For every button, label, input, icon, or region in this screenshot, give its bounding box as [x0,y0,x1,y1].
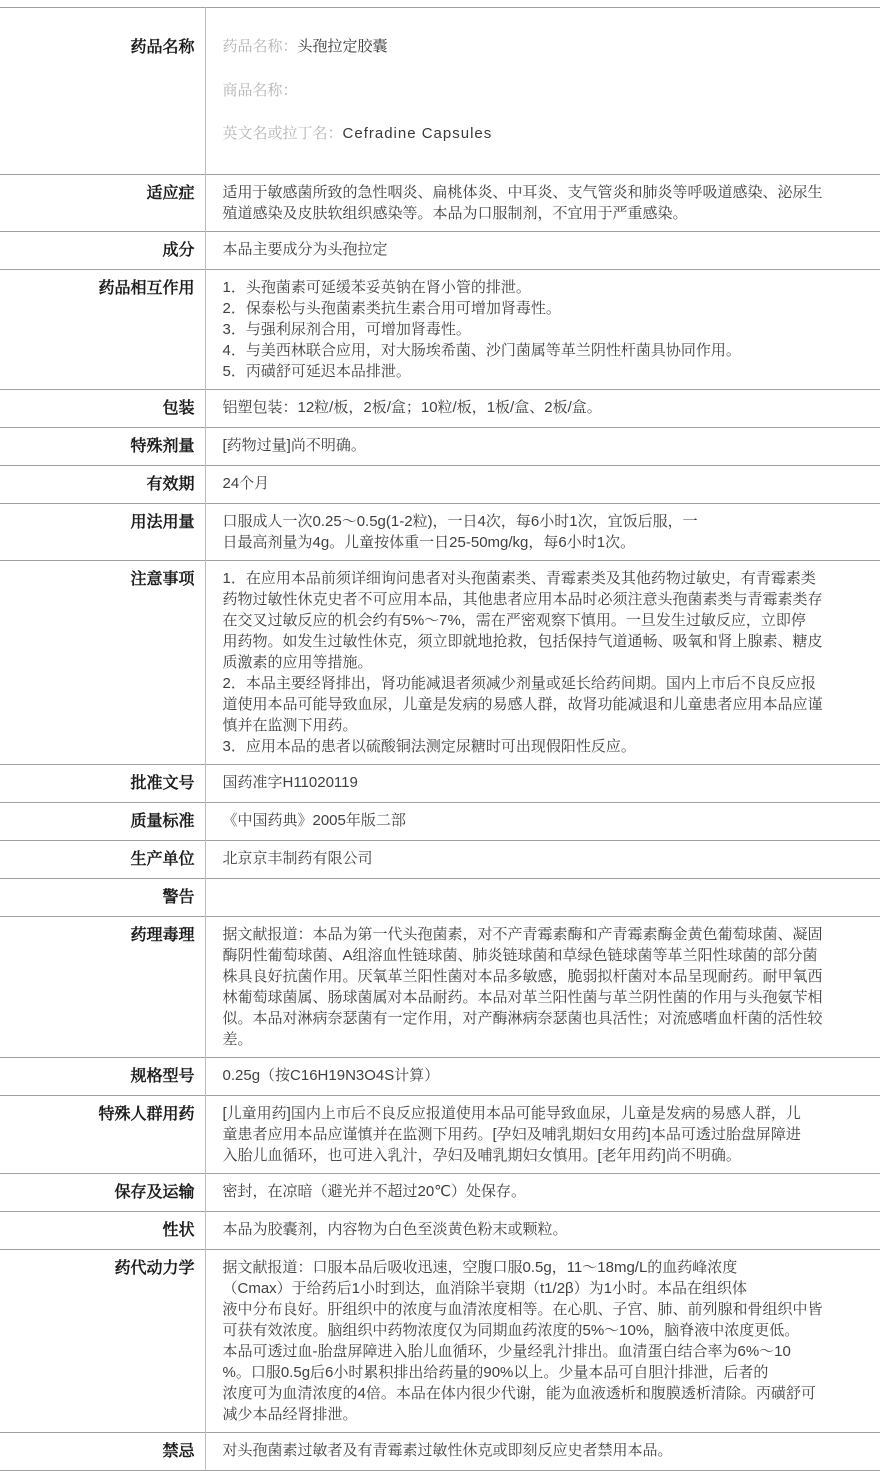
row-label: 成分 [0,231,205,269]
field-key: 商品名称： [223,82,298,99]
row-label: 规格型号 [0,1057,205,1095]
row-content: 本品为胶囊剂，内容物为白色至淡黄色粉末或颗粒。 [205,1211,880,1249]
row-content: 据文献报道：本品为第一代头孢菌素，对不产青霉素酶和产青霉素酶金黄色葡萄球菌、凝固… [205,916,880,1057]
table-row-storage-transport: 保存及运输 密封，在凉暗（避光并不超过20℃）处保存。 [0,1173,880,1211]
field-key: 英文名或拉丁名： [223,125,343,142]
table-row-approval-number: 批准文号 国药准字H11020119 [0,764,880,802]
table-row-shelf-life: 有效期 24个月 [0,465,880,503]
table-row-special-populations: 特殊人群用药 [儿童用药]国内上市后不良反应报道使用本品可能导致血尿，儿童是发病… [0,1095,880,1173]
row-label: 性状 [0,1211,205,1249]
field-key: 药品名称： [223,38,298,55]
row-label: 生产单位 [0,840,205,878]
row-label: 特殊人群用药 [0,1095,205,1173]
row-label: 包装 [0,389,205,427]
row-content: 密封，在凉暗（避光并不超过20℃）处保存。 [205,1173,880,1211]
row-content: 适用于敏感菌所致的急性咽炎、扁桃体炎、中耳炎、支气管炎和肺炎等呼吸道感染、泌尿生… [205,174,880,231]
row-content: 24个月 [205,465,880,503]
table-row-packaging: 包装 铝塑包装：12粒/板，2板/盒；10粒/板，1板/盒、2板/盒。 [0,389,880,427]
table-row-manufacturer: 生产单位 北京京丰制药有限公司 [0,840,880,878]
table-row-indications: 适应症 适用于敏感菌所致的急性咽炎、扁桃体炎、中耳炎、支气管炎和肺炎等呼吸道感染… [0,174,880,231]
row-label: 适应症 [0,174,205,231]
table-row-warning: 警告 [0,878,880,916]
table-row-special-dosage: 特殊剂量 [药物过量]尚不明确。 [0,427,880,465]
row-content: 铝塑包装：12粒/板，2板/盒；10粒/板，1板/盒、2板/盒。 [205,389,880,427]
field-value: 头孢拉定胶囊 [298,38,388,55]
table-row-drug-name: 药品名称 药品名称：头孢拉定胶囊 商品名称： 英文名或拉丁名：Cefradine… [0,8,880,175]
table-row-dosage-administration: 用法用量 口服成人一次0.25～0.5g(1-2粒)，一日4次，每6小时1次，宜… [0,503,880,560]
row-label: 药代动力学 [0,1249,205,1432]
row-content: 本品主要成分为头孢拉定 [205,231,880,269]
row-label-drug-name: 药品名称 [0,8,205,175]
row-content-drug-name: 药品名称：头孢拉定胶囊 商品名称： 英文名或拉丁名：Cefradine Caps… [205,8,880,175]
row-content: 《中国药典》2005年版二部 [205,802,880,840]
field-value: Cefradine Capsules [343,125,493,142]
row-content: [儿童用药]国内上市后不良反应报道使用本品可能导致血尿，儿童是发病的易感人群，儿… [205,1095,880,1173]
row-label: 有效期 [0,465,205,503]
field-english-name: 英文名或拉丁名：Cefradine Capsules [223,123,861,146]
row-content: 北京京丰制药有限公司 [205,840,880,878]
row-content: 据文献报道：口服本品后吸收迅速，空腹口服0.5g，11～18mg/L的血药峰浓度… [205,1249,880,1432]
row-content: 1．头孢菌素可延缓苯妥英钠在肾小管的排泄。 2．保泰松与头孢菌素类抗生素合用可增… [205,269,880,389]
table-row-pharmacokinetics: 药代动力学 据文献报道：口服本品后吸收迅速，空腹口服0.5g，11～18mg/L… [0,1249,880,1432]
row-label: 批准文号 [0,764,205,802]
drug-info-table: 药品名称 药品名称：头孢拉定胶囊 商品名称： 英文名或拉丁名：Cefradine… [0,7,880,1471]
table-row-precautions: 注意事项 1．在应用本品前须详细询问患者对头孢菌素类、青霉素类及其他药物过敏史，… [0,560,880,764]
row-label: 特殊剂量 [0,427,205,465]
drug-info-page: 药品名称 药品名称：头孢拉定胶囊 商品名称： 英文名或拉丁名：Cefradine… [0,7,880,1471]
row-content: 0.25g（按C16H19N3O4S计算） [205,1057,880,1095]
table-row-ingredients: 成分 本品主要成分为头孢拉定 [0,231,880,269]
row-label: 用法用量 [0,503,205,560]
table-row-specification: 规格型号 0.25g（按C16H19N3O4S计算） [0,1057,880,1095]
row-label: 保存及运输 [0,1173,205,1211]
table-row-description: 性状 本品为胶囊剂，内容物为白色至淡黄色粉末或颗粒。 [0,1211,880,1249]
row-content: 口服成人一次0.25～0.5g(1-2粒)，一日4次，每6小时1次，宜饭后服，一… [205,503,880,560]
row-content: 对头孢菌素过敏者及有青霉素过敏性休克或即刻反应史者禁用本品。 [205,1432,880,1470]
row-label: 禁忌 [0,1432,205,1470]
row-label: 注意事项 [0,560,205,764]
row-content [205,878,880,916]
field-trade-name: 商品名称： [223,80,861,103]
table-row-contraindications: 禁忌 对头孢菌素过敏者及有青霉素过敏性休克或即刻反应史者禁用本品。 [0,1432,880,1470]
row-content: 1．在应用本品前须详细询问患者对头孢菌素类、青霉素类及其他药物过敏史，有青霉素类… [205,560,880,764]
row-label: 质量标准 [0,802,205,840]
row-label: 药品相互作用 [0,269,205,389]
field-generic-name: 药品名称：头孢拉定胶囊 [223,36,861,59]
row-label: 药理毒理 [0,916,205,1057]
table-row-pharmacology-toxicology: 药理毒理 据文献报道：本品为第一代头孢菌素，对不产青霉素酶和产青霉素酶金黄色葡萄… [0,916,880,1057]
row-label: 警告 [0,878,205,916]
table-row-quality-standard: 质量标准 《中国药典》2005年版二部 [0,802,880,840]
row-content: 国药准字H11020119 [205,764,880,802]
row-content: [药物过量]尚不明确。 [205,427,880,465]
table-row-drug-interactions: 药品相互作用 1．头孢菌素可延缓苯妥英钠在肾小管的排泄。 2．保泰松与头孢菌素类… [0,269,880,389]
